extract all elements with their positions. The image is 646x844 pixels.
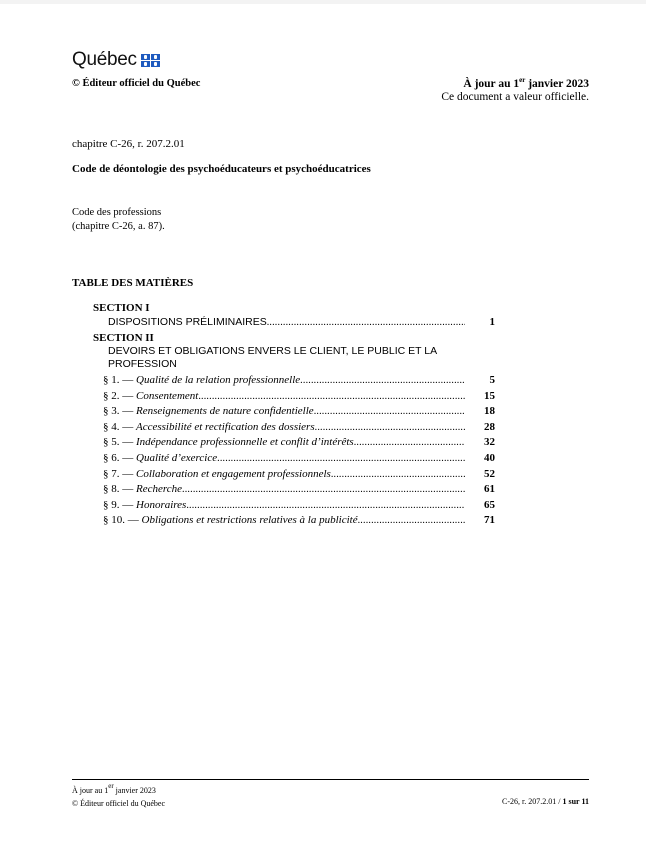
footer-publisher: © Éditeur officiel du Québec	[72, 797, 165, 810]
publisher-name: © Éditeur officiel du Québec	[72, 78, 200, 89]
leader-dots	[358, 513, 465, 528]
leader-dots	[217, 451, 465, 466]
leader-dots	[198, 389, 465, 404]
official-note: Ce document a valeur officielle.	[441, 91, 589, 104]
page-number: 18	[477, 404, 495, 419]
viewer-top-edge	[0, 0, 646, 4]
footer-page-reference: C-26, r. 207.2.01 / 1 sur 11	[502, 797, 589, 806]
leader-dots	[354, 435, 465, 450]
page-number: 61	[477, 482, 495, 497]
toc-entry[interactable]: § 8. — Recherche61	[103, 482, 495, 497]
toc-entry[interactable]: § 9. — Honoraires65	[103, 498, 495, 513]
leader-dots	[182, 482, 465, 497]
page-number: 52	[477, 467, 495, 482]
leader-dots	[331, 467, 465, 482]
leader-dots	[315, 420, 465, 435]
toc-title: TABLE DES MATIÈRES	[72, 277, 193, 289]
quebec-logo: Québec	[72, 50, 160, 70]
page-number: 5	[477, 373, 495, 388]
page-counter: 1 sur 11	[562, 797, 589, 806]
enabling-authority: Code des professions (chapitre C-26, a. …	[72, 206, 165, 234]
toc-entry[interactable]: § 10. — Obligations et restrictions rela…	[103, 513, 495, 528]
toc-section-2-heading[interactable]: DEVOIRS ET OBLIGATIONS ENVERS LE CLIENT,…	[108, 345, 498, 371]
toc-entry[interactable]: § 6. — Qualité d’exercice40	[103, 451, 495, 466]
footer-rule	[72, 779, 589, 780]
toc-entry[interactable]: § 4. — Accessibilité et rectification de…	[103, 420, 495, 435]
page-number: 32	[477, 435, 495, 450]
toc-entry[interactable]: § 3. — Renseignements de nature confiden…	[103, 404, 495, 419]
leader-dots	[186, 498, 465, 513]
logo-wordmark: Québec	[72, 50, 137, 70]
page-number: 65	[477, 498, 495, 513]
footer-date: À jour au 1er janvier 2023	[72, 784, 165, 797]
footer-left: À jour au 1er janvier 2023 © Éditeur off…	[72, 784, 165, 810]
toc-section-2-label: SECTION II	[93, 332, 154, 344]
toc-entry[interactable]: § 1. — Qualité de la relation profession…	[103, 373, 495, 388]
currency-date-block: À jour au 1er janvier 2023 Ce document a…	[441, 78, 589, 104]
page-number: 28	[477, 420, 495, 435]
page-number: 71	[477, 513, 495, 528]
toc-section-1-label: SECTION I	[93, 302, 150, 314]
toc-entry[interactable]: § 2. — Consentement15	[103, 389, 495, 404]
toc-entry[interactable]: § 5. — Indépendance professionnelle et c…	[103, 435, 495, 450]
toc-entry-section-1[interactable]: DISPOSITIONS PRÉLIMINAIRES1	[108, 315, 495, 330]
leader-dots	[300, 373, 465, 388]
chapter-reference: chapitre C-26, r. 207.2.01	[72, 138, 185, 150]
leader-dots	[314, 404, 465, 419]
fleurdelise-flag-icon	[141, 54, 160, 67]
page-number: 40	[477, 451, 495, 466]
page-number: 15	[477, 389, 495, 404]
document-title: Code de déontologie des psychoéducateurs…	[72, 163, 371, 175]
toc-entry[interactable]: § 7. — Collaboration et engagement profe…	[103, 467, 495, 482]
update-date: À jour au 1er janvier 2023	[441, 78, 589, 91]
